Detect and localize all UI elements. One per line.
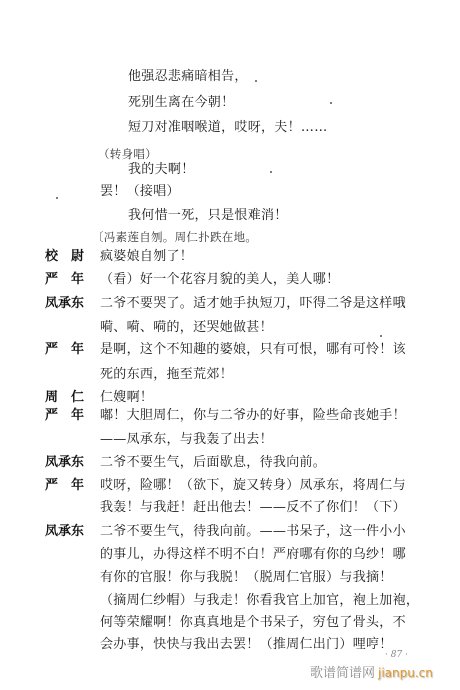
speaker-name: 凤承东 xyxy=(45,296,84,312)
dialogue-line: 疯婆娘自刎了！ xyxy=(100,249,193,265)
scan-speck xyxy=(380,335,382,337)
watermark: 歌谱简谱网jianpu.cn xyxy=(310,662,433,681)
dialogue-line: （摘周仁纱帽）与我走！你看我官上加官，袍上加袍， xyxy=(100,593,419,609)
speaker-name: 严 年 xyxy=(45,272,84,288)
dialogue-line: 何等荣耀啊！你真真地是个书呆子，穷包了骨头，不 xyxy=(100,615,406,631)
speaker-name: 严 年 xyxy=(45,342,84,358)
speaker-name: 凤承东 xyxy=(45,455,84,471)
page-number: · 87 · xyxy=(385,650,408,660)
verse-line: 他强忍悲痛暗相告， xyxy=(128,69,248,85)
dialogue-line: 嘟！大胆周仁，你与二爷办的好事，险些命丧她手！ xyxy=(100,408,406,424)
dialogue-line: 的事儿，办得这样不明不白！严府哪有你的乌纱！哪 xyxy=(100,547,406,563)
dialogue-line: 我轰！与我赶！赶出他去！——反不了你们！（下） xyxy=(100,500,406,516)
stage-direction: （转身唱） xyxy=(98,146,157,162)
dialogue-line: 二爷不要生气，待我向前。——书呆子，这一件小小 xyxy=(100,524,406,540)
verse-line: 短刀对准咽喉道，哎呀，夫！…… xyxy=(128,120,328,136)
verse-line: 死别生离在今朝！ xyxy=(128,95,234,111)
dialogue-line: 二爷不要哭了。适才她手执短刀，吓得二爷是这样哦 xyxy=(100,296,406,312)
speaker-name: 凤承东 xyxy=(45,524,84,540)
watermark-text: 歌谱简谱网 xyxy=(310,666,375,681)
dialogue-line: ——凤承东，与我轰了出去！ xyxy=(100,432,273,448)
verse-line: 罢！（接唱） xyxy=(100,184,180,200)
speaker-name: 严 年 xyxy=(45,478,84,494)
dialogue-line: 仁嫂啊！ xyxy=(100,390,153,406)
scan-speck xyxy=(330,102,332,104)
dialogue-line: （看）好一个花容月貌的美人，美人哪！ xyxy=(100,272,339,288)
speaker-name: 周 仁 xyxy=(45,390,84,406)
verse-line: 我何惜一死，只是恨难消！ xyxy=(128,208,288,224)
watermark-site: jianpu.cn xyxy=(378,666,433,680)
speaker-name: 严 年 xyxy=(45,408,84,424)
verse-line: 我的夫啊！ xyxy=(128,162,195,178)
scan-speck xyxy=(270,171,272,173)
scan-speck xyxy=(56,197,58,199)
dialogue-line: 会办事，快快与我出去罢！（推周仁出门）哩哼！ xyxy=(100,637,393,653)
dialogue-line: 有你的官服！你与我脱！（脱周仁官服）与我摘！ xyxy=(100,570,393,586)
stage-direction: 〔冯素莲自刎。周仁扑跌在地。 xyxy=(92,229,257,245)
dialogue-line: 哎呀，险哪！（欲下，旋又转身）凤承东，将周仁与 xyxy=(100,478,406,494)
scan-speck xyxy=(255,80,257,82)
dialogue-line: 是啊，这个不知趣的婆娘，只有可恨，哪有可怜！该 xyxy=(100,342,406,358)
dialogue-line: 嗬、嗬、嗬的，还哭她做甚！ xyxy=(100,320,273,336)
dialogue-line: 二爷不要生气，后面歇息，待我向前。 xyxy=(100,455,326,471)
speaker-name: 校 尉 xyxy=(45,249,84,265)
dialogue-line: 死的东西，拖至荒郊！ xyxy=(100,367,233,383)
